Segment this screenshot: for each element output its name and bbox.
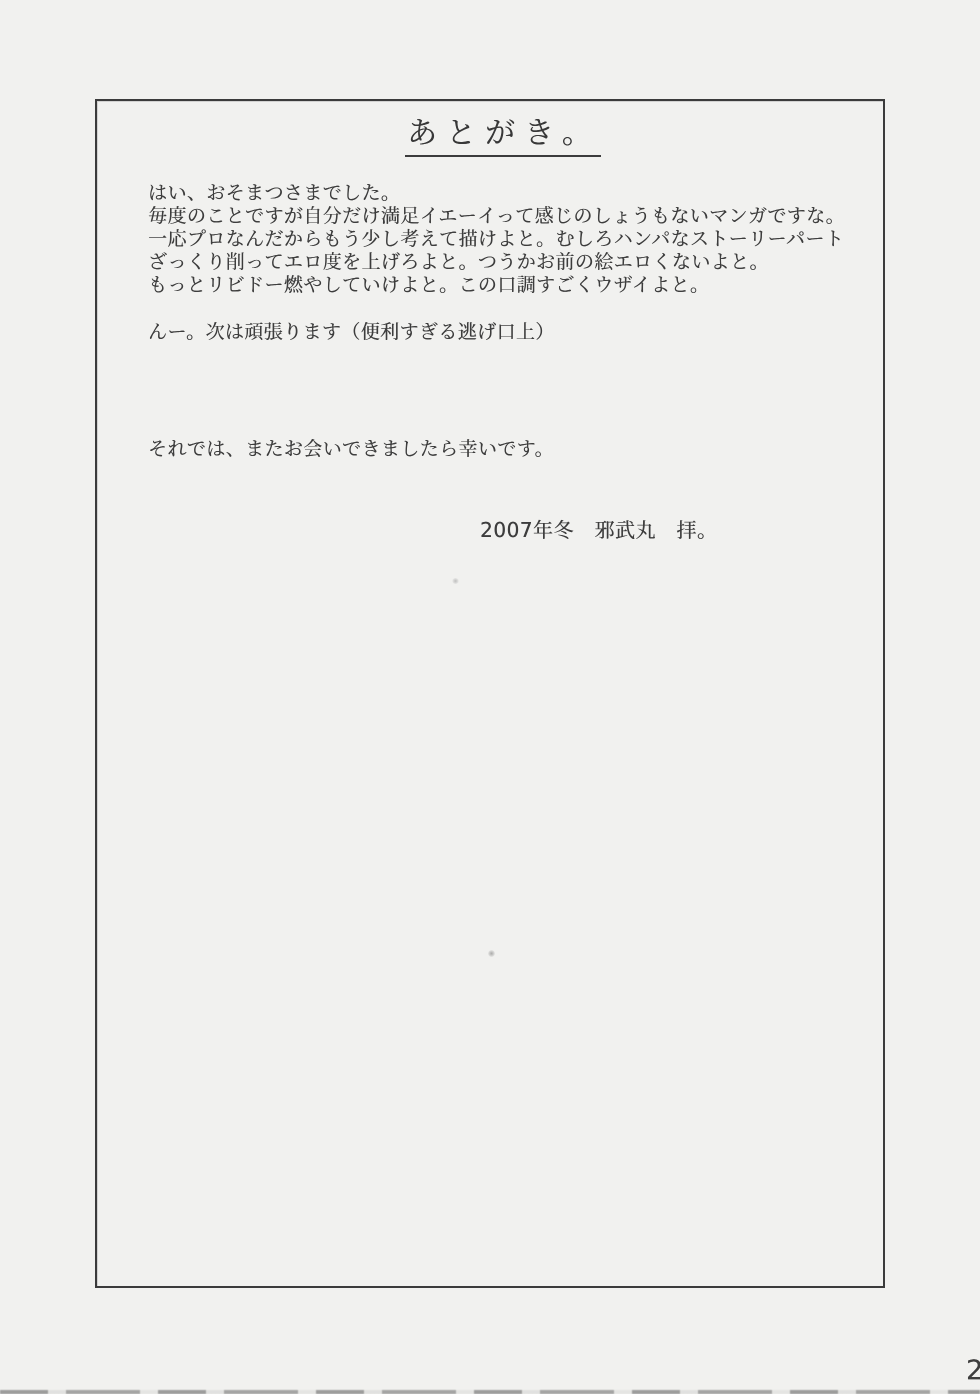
scan-dust-speck xyxy=(488,950,495,957)
text-line: はい、おそまつさまでした。 xyxy=(148,182,845,205)
signature-line: 2007年冬 邪武丸 拝。 xyxy=(480,518,717,542)
scanned-afterword-page: あとがき。 はい、おそまつさまでした。 毎度のことですが自分だけ満足イエーイって… xyxy=(0,0,980,1394)
text-line: 毎度のことですが自分だけ満足イエーイって感じのしょうもないマンガですな。 xyxy=(148,205,845,228)
text-line: 一応プロなんだからもう少し考えて描けよと。むしろハンパなストーリーパート xyxy=(148,228,845,251)
text-line: ざっくり削ってエロ度を上げろよと。つうかお前の絵エロくないよと。 xyxy=(148,251,845,274)
page-number: 2 xyxy=(966,1356,980,1386)
scan-edge-artifact xyxy=(0,1390,980,1394)
afterword-paragraph: はい、おそまつさまでした。 毎度のことですが自分だけ満足イエーイって感じのしょう… xyxy=(148,182,845,297)
page-title: あとがき。 xyxy=(405,117,601,157)
text-line: もっとリビドー燃やしていけよと。この口調すごくウザイよと。 xyxy=(148,274,845,297)
page-border-frame: あとがき。 はい、おそまつさまでした。 毎度のことですが自分だけ満足イエーイって… xyxy=(95,99,885,1288)
scan-dust-speck xyxy=(452,578,459,584)
next-effort-line: んー。次は頑張ります（便利すぎる逃げ口上） xyxy=(148,321,555,344)
closing-line: それでは、またお会いできましたら幸いです。 xyxy=(148,438,554,461)
